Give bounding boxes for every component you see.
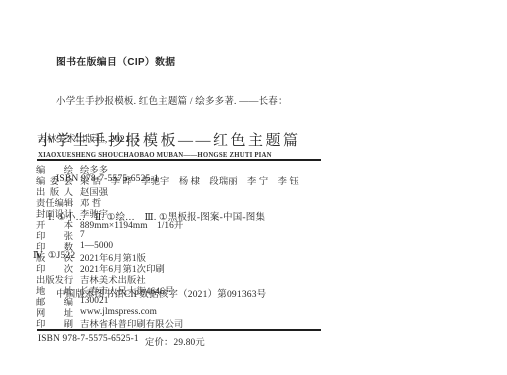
colophon-row-dizhi: 地址 长春市人民大街4646号 bbox=[36, 285, 336, 296]
colophon-label: 印刷 bbox=[36, 316, 73, 330]
colophon-row-youbian: 邮编 130021 bbox=[36, 296, 336, 307]
colophon-value: 130021 bbox=[80, 296, 109, 306]
isbn-price-line: ISBN 978-7-5575-6525-1 定价：29.80元 bbox=[38, 334, 338, 346]
book-title-pinyin: XIAOXUESHENG SHOUCHAOBAO MUBAN——HONGSE Z… bbox=[38, 152, 338, 159]
cip-line-title: 小学生手抄报模板. 红色主题篇 / 绘多多著. ——长春： bbox=[33, 96, 353, 109]
colophon-value: 长春市人民大街4646号 bbox=[80, 283, 174, 297]
cip-header: 图书在版编目（CIP）数据 bbox=[33, 57, 353, 70]
colophon-row-yinzhang: 印张 7 bbox=[36, 230, 336, 241]
book-title: 小学生手抄报模板——红色主题篇 bbox=[38, 129, 338, 150]
price: 定价：29.80元 bbox=[145, 334, 205, 348]
isbn-number: ISBN 978-7-5575-6525-1 bbox=[38, 334, 139, 344]
colophon-value: 7 bbox=[80, 230, 85, 240]
colophon-row-yinshua: 印刷 吉林省科普印刷有限公司 bbox=[36, 318, 336, 329]
copyright-page: 图书在版编目（CIP）数据 小学生手抄报模板. 红色主题篇 / 绘多多著. ——… bbox=[0, 0, 507, 375]
divider-bottom bbox=[37, 329, 321, 331]
colophon-table: 编绘 绘多多 编委会 梁 恬 李 晔 李驰宇 杨 棣 段瑞丽 李 宁 李 钰 出… bbox=[36, 164, 336, 329]
colophon-row-kaiben: 开本 889mm×1194mm 1/16开 bbox=[36, 219, 336, 230]
colophon-value: 吉林省科普印刷有限公司 bbox=[80, 316, 183, 330]
colophon-value: 梁 恬 李 晔 李驰宇 杨 棣 段瑞丽 李 宁 李 钰 bbox=[80, 173, 299, 187]
colophon-value: 889mm×1194mm 1/16开 bbox=[80, 217, 183, 231]
divider-top bbox=[37, 159, 321, 161]
title-block: 小学生手抄报模板——红色主题篇 XIAOXUESHENG SHOUCHAOBAO… bbox=[38, 129, 338, 159]
